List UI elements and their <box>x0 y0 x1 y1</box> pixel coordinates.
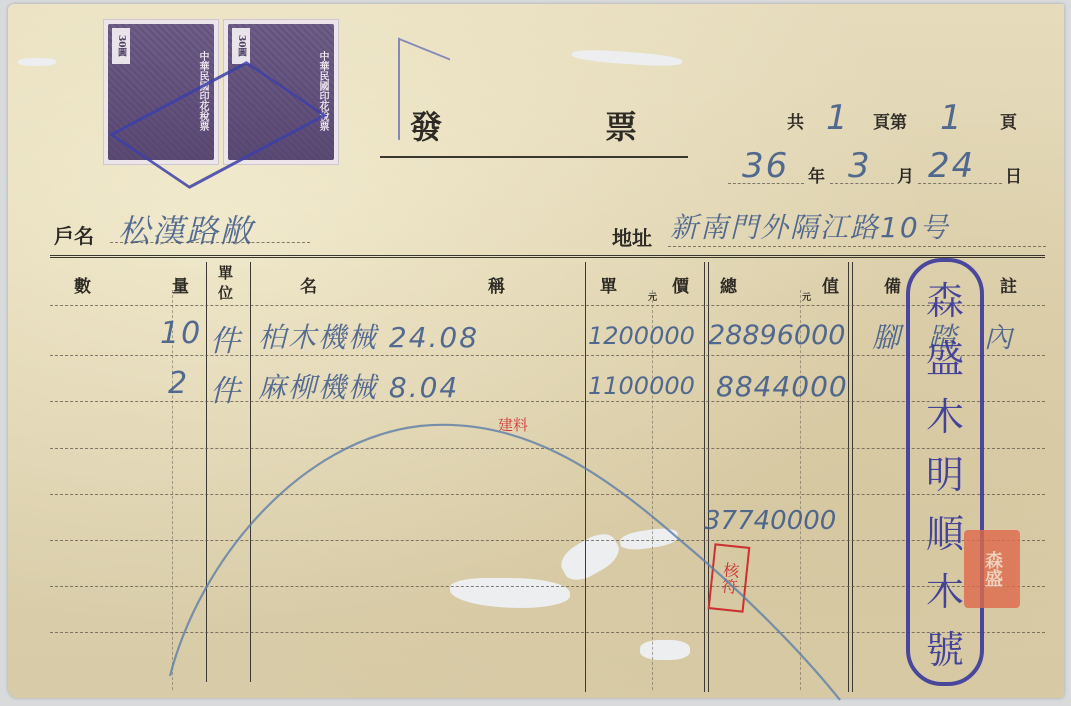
col-subdivider-price <box>652 290 653 690</box>
row-rule <box>50 632 1045 633</box>
row-unit: 件 <box>210 316 242 360</box>
seal-char: 木 <box>926 386 964 441</box>
row-name: 麻柳機械 8.04 <box>258 366 459 406</box>
row-unit: 件 <box>210 366 242 410</box>
title-underline <box>380 156 688 158</box>
title-char-left: 發 <box>410 102 442 148</box>
header-qty-left: 數 <box>74 272 91 297</box>
table-top-rule <box>50 255 1045 260</box>
page-total-value: 1 <box>826 98 850 138</box>
col-divider-name <box>585 262 586 692</box>
row-name: 柏木機械 24.08 <box>258 316 479 356</box>
seal-char: 號 <box>926 619 964 674</box>
date-day-value: 24 <box>928 146 975 186</box>
paper-hole-center-4 <box>640 640 690 660</box>
customer-line <box>110 242 310 243</box>
row-qty: 10 <box>160 316 202 351</box>
header-remark-right: 註 <box>1000 272 1017 297</box>
header-total-left: 總 <box>720 272 737 297</box>
seal-char: 盛 <box>926 328 964 383</box>
header-total-unit: 元 <box>802 290 811 303</box>
row-total: 28896000 <box>708 320 845 351</box>
seal-char: 明 <box>926 444 964 499</box>
col-divider-total <box>848 262 849 692</box>
row-total: 8844000 <box>716 370 848 403</box>
row-rule <box>50 586 1045 587</box>
address-line <box>668 246 1046 247</box>
seal-char: 順 <box>926 503 964 558</box>
header-qty-right: 量 <box>172 272 189 297</box>
stamp-value: 30圓 <box>112 28 130 64</box>
date-year-line <box>728 183 804 184</box>
header-unit-bottom: 位 <box>218 282 233 303</box>
customer-name: 松漢路敝 <box>118 206 254 252</box>
header-price-right: 價 <box>672 272 689 297</box>
row-rule <box>50 494 1045 495</box>
row-rule <box>50 401 1045 402</box>
col-divider-price <box>704 262 705 692</box>
date-year-value: 36 <box>742 146 789 186</box>
date-month-label: 月 <box>897 162 914 187</box>
date-month-value: 3 <box>848 146 872 186</box>
material-annotation: 建料 <box>498 414 528 435</box>
header-name-right: 稱 <box>488 272 505 297</box>
date-day-line <box>918 183 1002 184</box>
row-rule <box>50 305 1045 306</box>
grand-total: 37740000 <box>704 506 836 536</box>
header-price-left: 單 <box>600 272 617 297</box>
row-unit-price: 1200000 <box>588 322 695 350</box>
header-name-left: 名 <box>300 272 317 297</box>
row-rule <box>50 448 1045 449</box>
date-year-label: 年 <box>808 162 825 187</box>
header-total-right: 值 <box>822 272 839 297</box>
verified-chop: 核符 <box>708 543 751 612</box>
customer-label: 戶名 <box>54 220 94 249</box>
title-char-right: 票 <box>605 102 637 148</box>
address-label: 地址 <box>612 222 652 251</box>
page-total-label: 共 <box>787 108 804 133</box>
header-remark-left: 備 <box>884 272 901 297</box>
row-unit-price: 1100000 <box>588 372 695 400</box>
row-qty: 2 <box>168 366 189 401</box>
header-price-unit: 元 <box>648 290 657 303</box>
col-divider-unit <box>250 262 251 682</box>
shop-seal-oval: 森 盛 木 明 順 木 號 <box>906 258 984 686</box>
seal-char: 森 <box>926 270 964 325</box>
paper-tear-left <box>18 58 56 66</box>
address-value: 新南門外隔江路10号 <box>670 206 950 246</box>
header-unit-top: 單 <box>218 262 233 283</box>
date-month-line <box>830 183 894 184</box>
row-rule <box>50 540 1045 541</box>
page-mid-label: 頁第 <box>873 108 907 133</box>
red-square-chop: 森盛 <box>964 530 1020 608</box>
col-divider-total-2 <box>852 262 853 692</box>
stamp-value: 30圓 <box>232 28 250 64</box>
seal-char: 木 <box>926 561 964 616</box>
page-current-value: 1 <box>940 98 964 138</box>
page-suffix-label: 頁 <box>1000 108 1017 133</box>
col-divider-qty <box>206 262 207 682</box>
stamp-inscription: 中華民國印花稅票 <box>314 30 330 152</box>
date-day-label: 日 <box>1005 162 1022 187</box>
